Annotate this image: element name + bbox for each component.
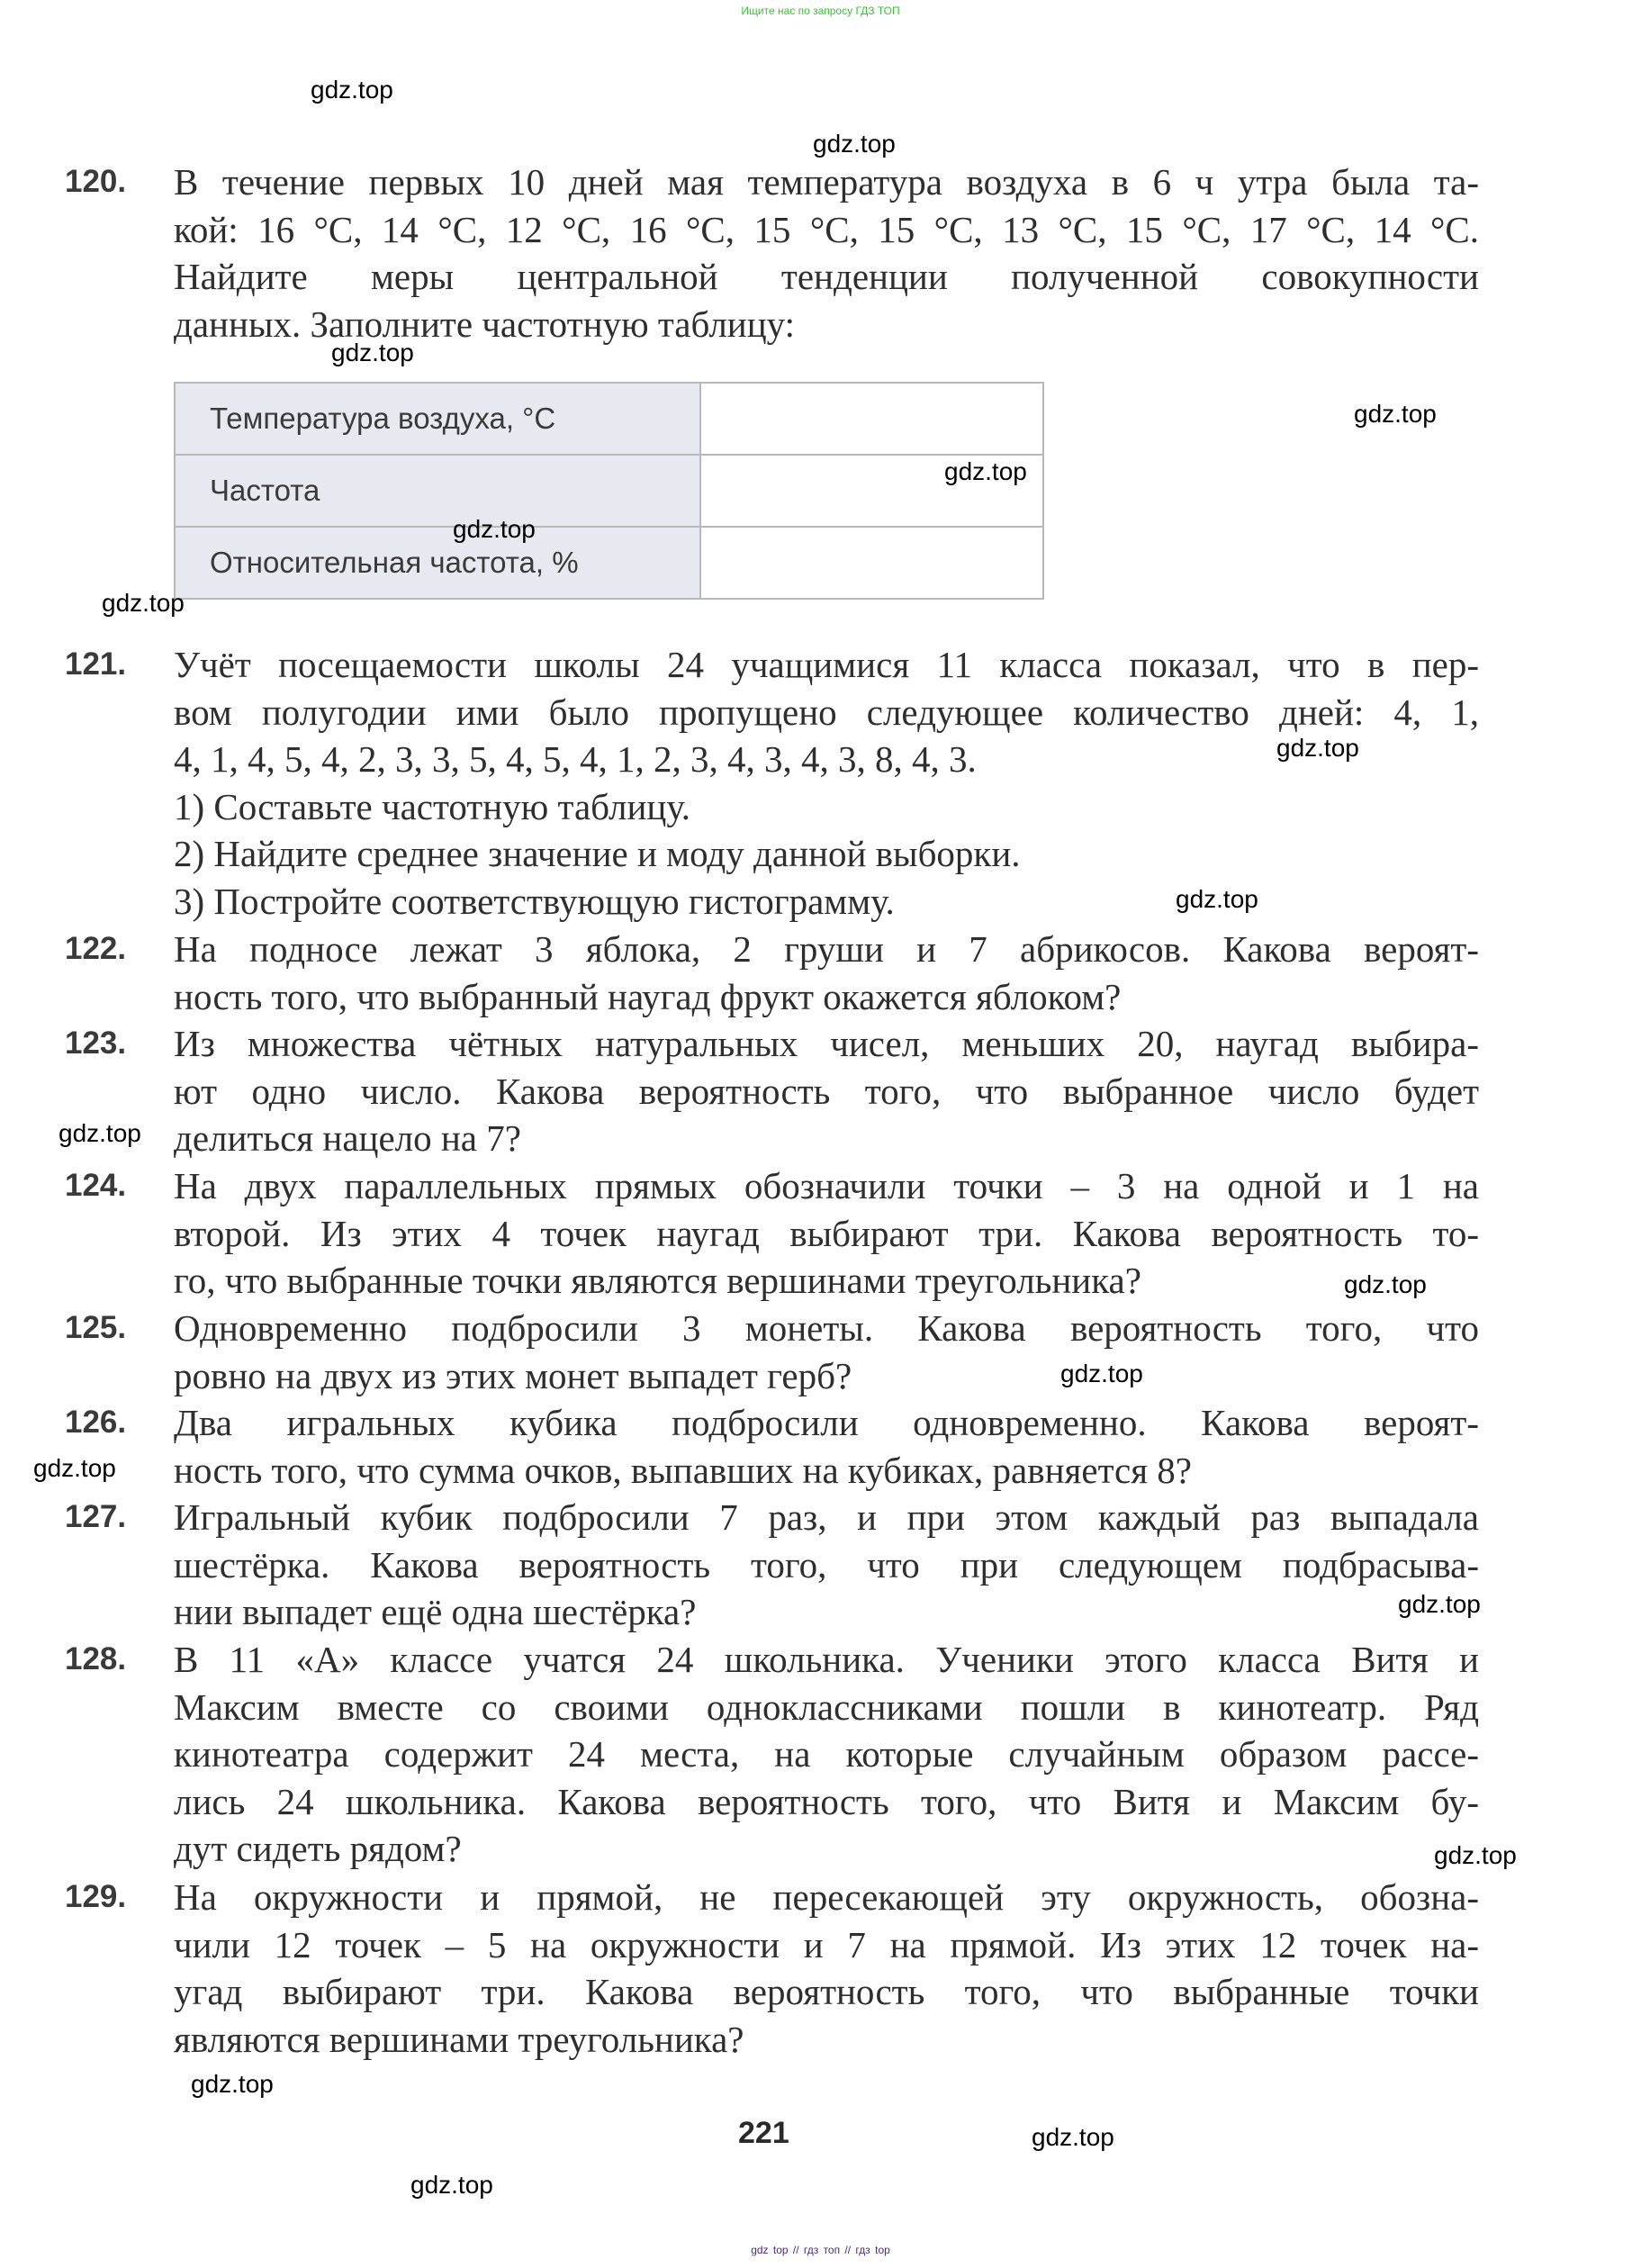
problem-number: 128.: [65, 1636, 173, 1683]
text-line: Максим вместе со своими одноклассниками …: [174, 1684, 1479, 1731]
frequency-table: Температура воздуха, °С Частота Относите…: [174, 382, 1044, 600]
problem-text: В 11 «А» классе учатся 24 школьника. Уче…: [174, 1636, 1479, 1873]
watermark: gdz.top: [944, 459, 1027, 484]
text-line: ют одно число. Какова вероятность того, …: [174, 1068, 1479, 1116]
text-line: В течение первых 10 дней мая температура…: [174, 158, 1479, 206]
text-line: лись 24 школьника. Какова вероятность то…: [174, 1778, 1479, 1826]
text-line: дут сидеть рядом?: [174, 1825, 1479, 1873]
watermark: gdz.top: [102, 591, 185, 616]
page-number: 221: [738, 2116, 789, 2151]
problem-124: 124. На двух параллельных прямых обознач…: [65, 1162, 1478, 1305]
watermark: gdz.top: [311, 77, 393, 103]
text-line: нии выпадет ещё одна шестёрка?: [174, 1588, 1479, 1636]
watermark: gdz.top: [1398, 1592, 1481, 1617]
problem-120: 120. В течение первых 10 дней мая темпер…: [65, 158, 1478, 348]
problem-number: 121.: [65, 641, 173, 688]
text-line: Игральный кубик подбросили 7 раз, и при …: [174, 1494, 1479, 1541]
top-banner[interactable]: Ищите нас по запросу ГДЗ ТОП: [0, 5, 1641, 17]
problem-number: 129.: [65, 1874, 173, 1920]
problem-number: 127.: [65, 1494, 173, 1541]
problem-127: 127. Игральный кубик подбросили 7 раз, и…: [65, 1494, 1478, 1636]
text-line: ность того, что выбранный наугад фрукт о…: [174, 973, 1479, 1021]
problem-126: 126. Два игральных кубика подбросили одн…: [65, 1399, 1478, 1494]
problem-number: 123.: [65, 1020, 173, 1067]
textbook-page: Ищите нас по запросу ГДЗ ТОП 120. В тече…: [0, 0, 1641, 2268]
problem-text: Два игральных кубика подбросили одноврем…: [174, 1399, 1479, 1494]
sub-question: 3) Постройте соответствующую гистограмму…: [174, 878, 1479, 926]
text-line: являются вершинами треугольника?: [174, 2016, 1479, 2064]
problem-number: 125.: [65, 1305, 173, 1351]
text-line: угад выбирают три. Какова вероятность то…: [174, 1968, 1479, 2016]
problem-text: На двух параллельных прямых обозначили т…: [174, 1162, 1479, 1305]
watermark: gdz.top: [1276, 736, 1359, 761]
text-line: кинотеатра содержит 24 места, на которые…: [174, 1730, 1479, 1778]
text-line: кой: 16 °С, 14 °С, 12 °С, 16 °С, 15 °С, …: [174, 206, 1479, 254]
problem-text: На окружности и прямой, не пересекающей …: [174, 1874, 1479, 2063]
bottom-banner[interactable]: gdz top // гдз топ // гдз top: [0, 2244, 1641, 2256]
watermark: gdz.top: [33, 1456, 116, 1481]
row-label: Частота: [175, 455, 700, 527]
watermark: gdz.top: [331, 340, 414, 366]
problem-number: 122.: [65, 926, 173, 972]
problem-122: 122. На подносе лежат 3 яблока, 2 груши …: [65, 926, 1478, 1020]
problem-123: 123. Из множества чётных натуральных чис…: [65, 1020, 1478, 1162]
text-line: делиться нацело на 7?: [174, 1115, 1479, 1162]
problem-number: 120.: [65, 158, 173, 205]
row-value-cell[interactable]: [700, 527, 1043, 599]
watermark: gdz.top: [1060, 1361, 1143, 1387]
watermark: gdz.top: [410, 2173, 493, 2198]
watermark: gdz.top: [59, 1121, 141, 1146]
text-line: го, что выбранные точки являются вершина…: [174, 1257, 1479, 1305]
text-line: чили 12 точек – 5 на окружности и 7 на п…: [174, 1921, 1479, 1969]
watermark: gdz.top: [813, 131, 896, 157]
table-row: Частота: [175, 455, 1043, 527]
watermark: gdz.top: [1434, 1843, 1517, 1868]
row-label: Температура воздуха, °С: [175, 383, 700, 455]
problem-121: 121. Учёт посещаемости школы 24 учащимис…: [65, 641, 1478, 925]
watermark: gdz.top: [191, 2072, 274, 2097]
problem-number: 126.: [65, 1399, 173, 1446]
text-line: На двух параллельных прямых обозначили т…: [174, 1162, 1479, 1210]
problem-text: На подносе лежат 3 яблока, 2 груши и 7 а…: [174, 926, 1479, 1020]
text-line: Два игральных кубика подбросили одноврем…: [174, 1399, 1479, 1447]
problem-text: Игральный кубик подбросили 7 раз, и при …: [174, 1494, 1479, 1636]
problem-number: 124.: [65, 1162, 173, 1209]
text-line: Найдите меры центральной тенденции получ…: [174, 253, 1479, 301]
text-line: Одновременно подбросили 3 монеты. Какова…: [174, 1305, 1479, 1352]
text-line: На окружности и прямой, не пересекающей …: [174, 1874, 1479, 1921]
row-value-cell[interactable]: [700, 383, 1043, 455]
sub-question: 1) Составьте частотную таблицу.: [174, 783, 1479, 831]
text-line: второй. Из этих 4 точек наугад выбирают …: [174, 1210, 1479, 1258]
text-line: ность того, что сумма очков, выпавших на…: [174, 1447, 1479, 1495]
problem-text: Из множества чётных натуральных чисел, м…: [174, 1020, 1479, 1162]
text-line: В 11 «А» классе учатся 24 школьника. Уче…: [174, 1636, 1479, 1684]
watermark: gdz.top: [1176, 887, 1258, 912]
text-line: вом полугодии ими было пропущено следующ…: [174, 689, 1479, 736]
text-line: ровно на двух из этих монет выпадет герб…: [174, 1352, 1479, 1400]
text-line: Учёт посещаемости школы 24 учащимися 11 …: [174, 641, 1479, 689]
problem-125: 125. Одновременно подбросили 3 монеты. К…: [65, 1305, 1478, 1399]
watermark: gdz.top: [1344, 1272, 1427, 1297]
text-line: шестёрка. Какова вероятность того, что п…: [174, 1541, 1479, 1589]
problem-text: В течение первых 10 дней мая температура…: [174, 158, 1479, 348]
problem-128: 128. В 11 «А» классе учатся 24 школьника…: [65, 1636, 1478, 1873]
text-line: На подносе лежат 3 яблока, 2 груши и 7 а…: [174, 926, 1479, 973]
row-label: Относительная частота, %: [175, 527, 700, 599]
table-row: Относительная частота, %: [175, 527, 1043, 599]
text-line: Из множества чётных натуральных чисел, м…: [174, 1020, 1479, 1068]
table-row: Температура воздуха, °С: [175, 383, 1043, 455]
problem-text: Учёт посещаемости школы 24 учащимися 11 …: [174, 641, 1479, 925]
problem-129: 129. На окружности и прямой, не пересека…: [65, 1874, 1478, 2063]
watermark: gdz.top: [1032, 2125, 1114, 2150]
problem-text: Одновременно подбросили 3 монеты. Какова…: [174, 1305, 1479, 1399]
watermark: gdz.top: [1354, 402, 1437, 427]
watermark: gdz.top: [453, 517, 536, 542]
sub-question: 2) Найдите среднее значение и моду данно…: [174, 830, 1479, 878]
